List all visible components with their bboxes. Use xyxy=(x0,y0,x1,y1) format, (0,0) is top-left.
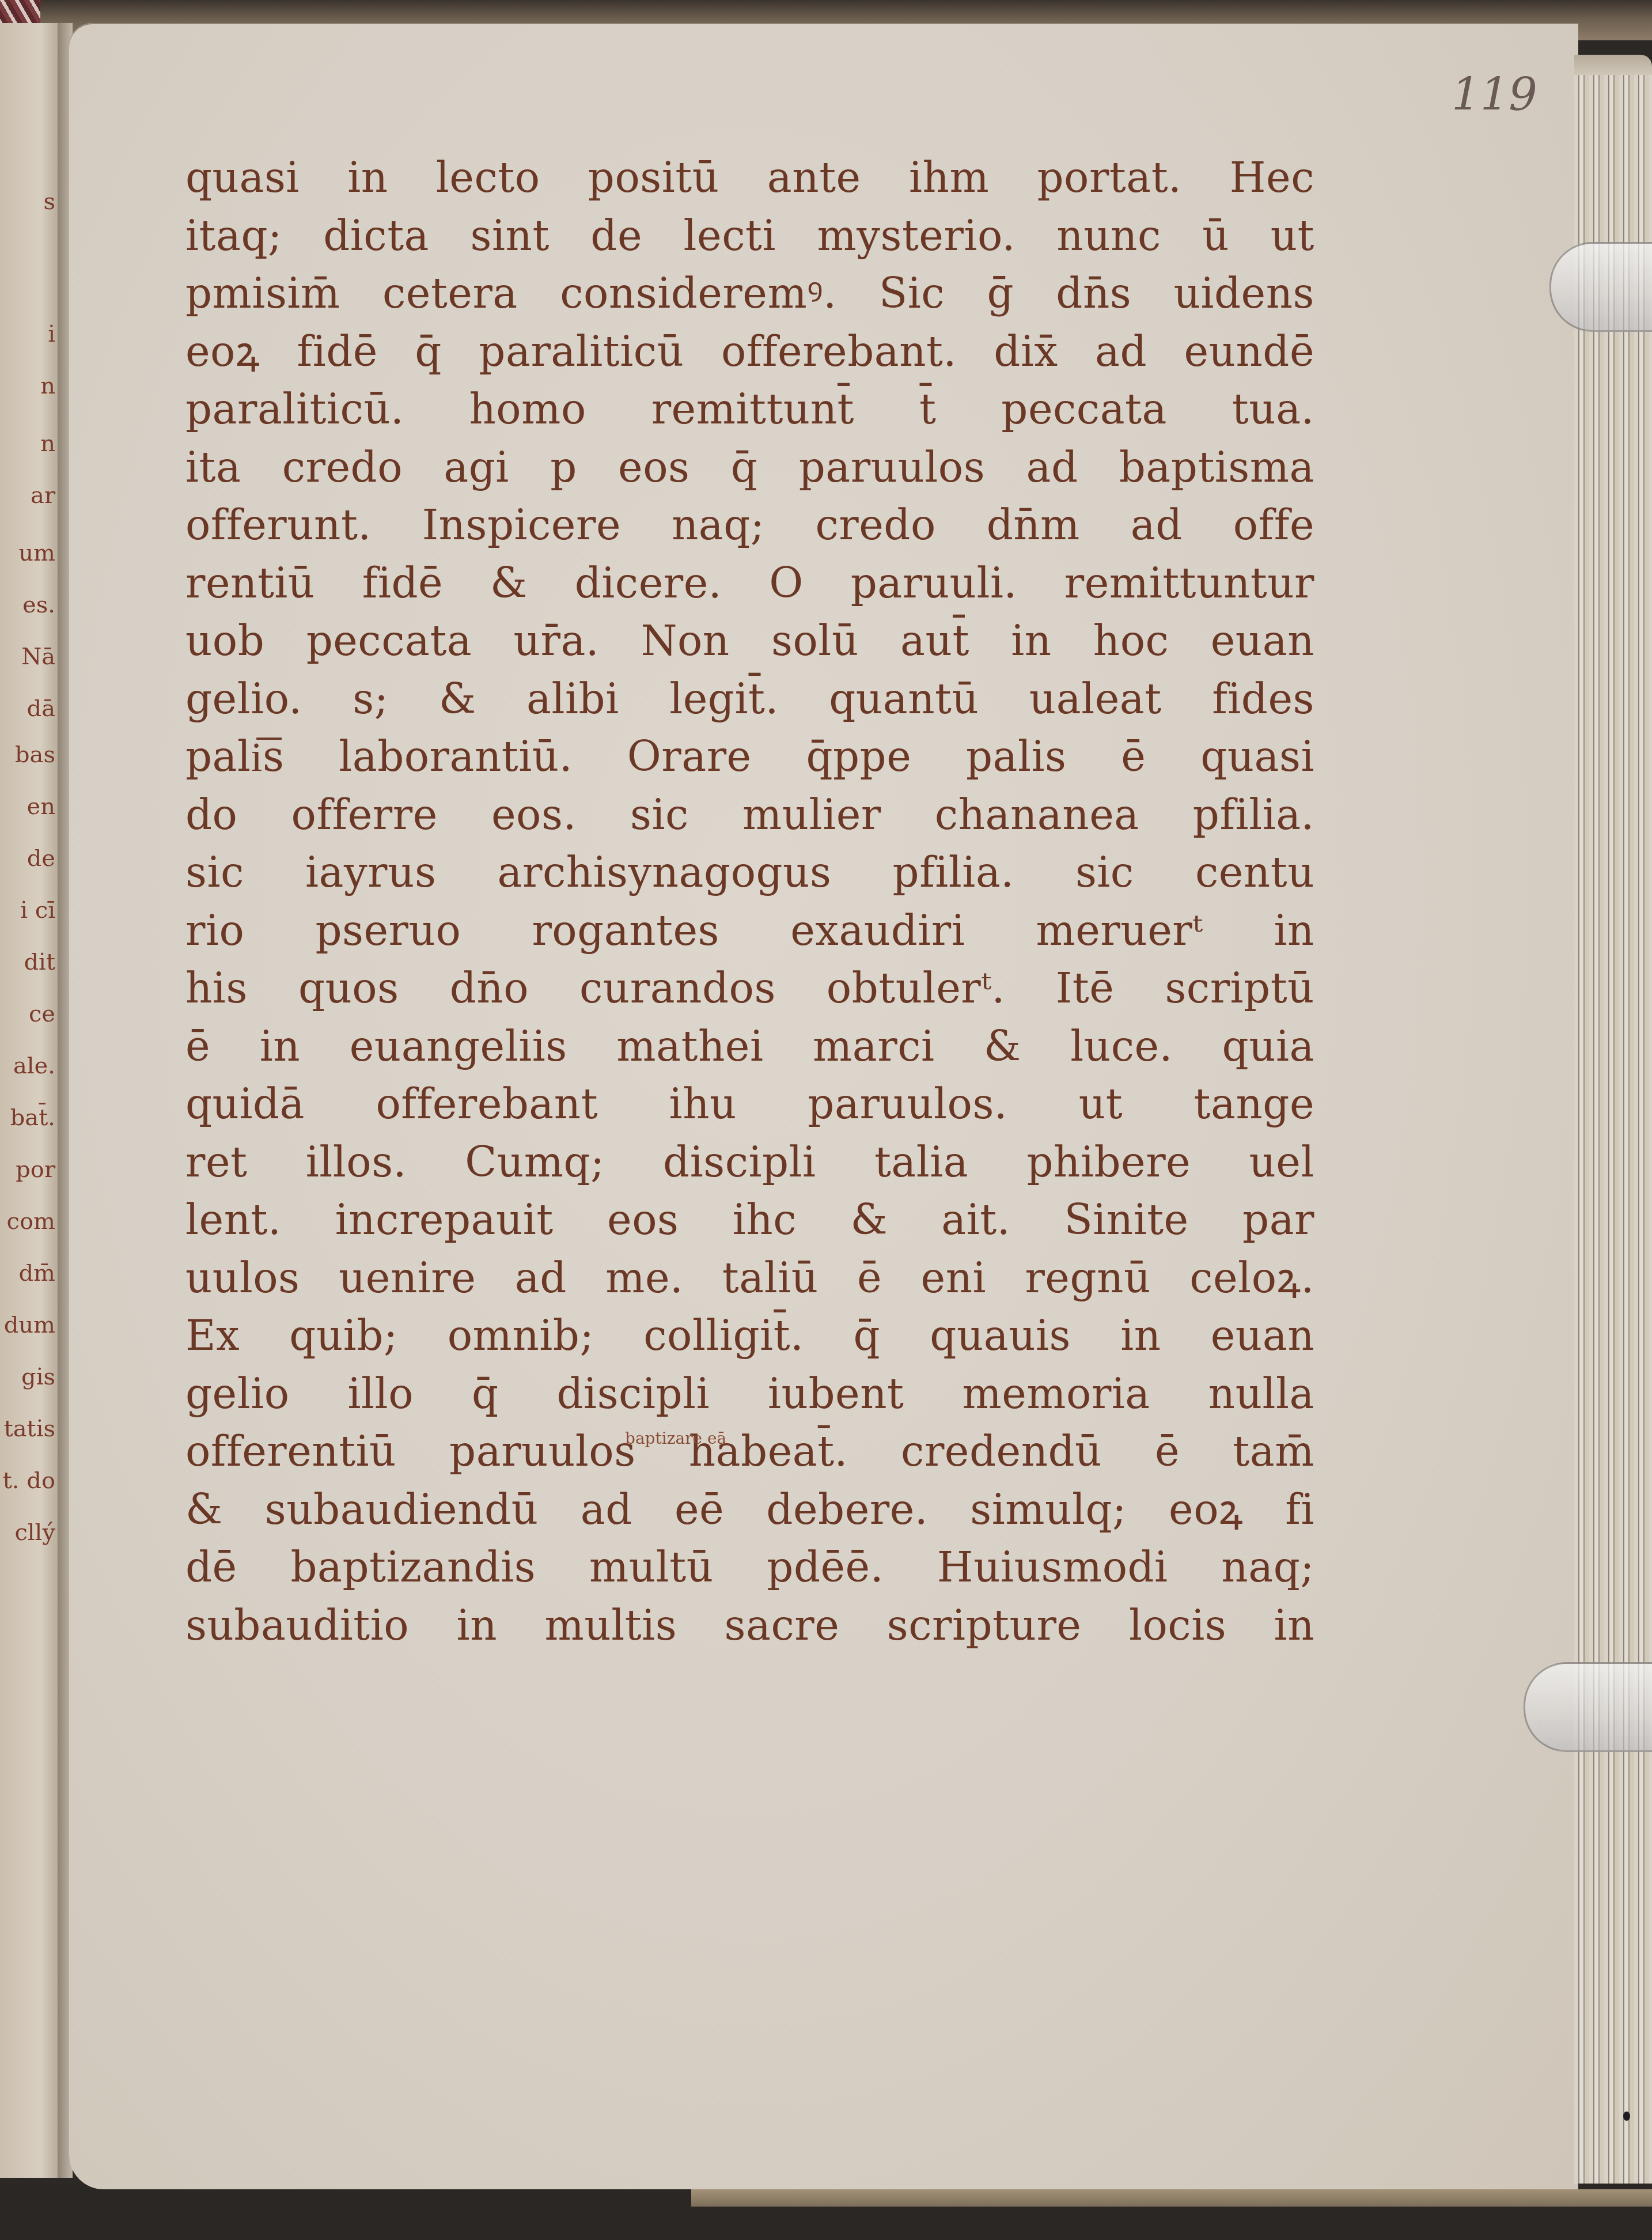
verso-fragment: i xyxy=(0,323,55,346)
verso-fragment: bas xyxy=(0,743,55,766)
text-line: rio pseruo rogantes exaudiri meruerᵗ in xyxy=(185,902,1314,960)
verso-fragment: n xyxy=(0,374,55,398)
folio-number: 119 xyxy=(1452,69,1537,121)
text-line: uob peccata ur̄a. Non solū aut̄ in hoc e… xyxy=(185,612,1314,670)
text-line: paraliticū. homo remittunt̄ t̄ peccata t… xyxy=(185,380,1314,438)
text-line: Ex quib; omnib; colligit̄. q̄ quauis in … xyxy=(185,1307,1314,1365)
text-line: subauditio in multis sacre scripture loc… xyxy=(185,1596,1314,1655)
verso-fragment: dit xyxy=(0,951,55,974)
text-line: offerunt. Inspicere naq; credo dn̄m ad o… xyxy=(185,496,1314,554)
verso-fragment: ale. xyxy=(0,1054,55,1077)
text-line: lent. increpauit eos ihc & ait. Sinite p… xyxy=(185,1191,1314,1249)
fore-edge-top xyxy=(1574,55,1652,78)
text-line: gelio illo q̄ discipli iubent memoria nu… xyxy=(185,1365,1314,1423)
text-line: eoꝝ fidē q̄ paraliticū offerebant. dix̄ … xyxy=(185,323,1314,381)
text-line: sic iayrus archisynagogus pfilia. sic ce… xyxy=(185,843,1314,902)
text-line: itaq; dicta sint de lecti mysterio. nunc… xyxy=(185,207,1314,265)
verso-fragment: com xyxy=(0,1210,55,1233)
text-line: uulos uenire ad me. taliū ē eni regnū ce… xyxy=(185,1249,1314,1307)
text-line: dē baptizandis multū pdēē. Huiusmodi naq… xyxy=(185,1538,1314,1596)
page-clip-lower xyxy=(1524,1662,1652,1752)
verso-fragment: n xyxy=(0,432,55,455)
text-line: rentiū fidē & dicere. O paruuli. remittu… xyxy=(185,554,1314,612)
verso-page-edge: s i n n ar um es. Nā dā bas en de i cī d… xyxy=(0,23,59,2178)
verso-fragment: dm̄ xyxy=(0,1262,55,1285)
main-text-block: quasi in lecto positū ante ihm portat. H… xyxy=(185,149,1314,1654)
verso-fragment: por xyxy=(0,1158,55,1181)
verso-fragment: tatis xyxy=(0,1417,55,1440)
verso-fragment: t. do xyxy=(0,1469,55,1492)
verso-fragment: en xyxy=(0,795,55,818)
verso-fragment: ar xyxy=(0,484,55,507)
verso-fragment: s xyxy=(0,190,55,213)
text-line: pali͞s laborantiū. Orare q̄ppe palis ē q… xyxy=(185,728,1314,786)
verso-fragment: um xyxy=(0,542,55,565)
support-cushion xyxy=(691,2189,1652,2207)
verso-fragment: ce xyxy=(0,1002,55,1026)
verso-fragment: dā xyxy=(0,697,55,720)
text-line: & subaudiendū ad eē debere. simulq; eoꝝ … xyxy=(185,1481,1314,1539)
text-line: ita credo agi p eos q̄ paruulos ad bapti… xyxy=(185,438,1314,497)
verso-fragment: cllý xyxy=(0,1521,55,1544)
verso-fragment: de xyxy=(0,847,55,870)
text-line: his quos dn̄o curandos obtulerᵗ. Itē scr… xyxy=(185,959,1314,1017)
text-line: offerentiū paruulos habeat̄. credendū ē … xyxy=(185,1422,1314,1481)
interlinear-gloss: baptizare eā xyxy=(625,1429,726,1448)
text-line: quidā offerebant ihu paruulos. ut tange xyxy=(185,1075,1314,1133)
edge-mark xyxy=(1623,2112,1630,2121)
manuscript-scan: s i n n ar um es. Nā dā bas en de i cī d… xyxy=(0,0,1652,2240)
page-clip-upper xyxy=(1549,242,1652,332)
verso-fragment: bat̄. xyxy=(0,1106,55,1129)
text-line: pmisim̄ cetera consideremꝰ. Sic ḡ dn̄s u… xyxy=(185,264,1314,323)
text-line: ē in euangeliis mathei marci & luce. qui… xyxy=(185,1017,1314,1076)
verso-fragment: es. xyxy=(0,593,55,616)
verso-fragment: gis xyxy=(0,1365,55,1388)
text-line: gelio. s; & alibi legit̄. quantū ualeat … xyxy=(185,670,1314,728)
text-line: quasi in lecto positū ante ihm portat. H… xyxy=(185,149,1314,207)
fore-edge-stack xyxy=(1574,75,1652,2184)
verso-fragment: dum xyxy=(0,1314,55,1337)
verso-fragment: i cī xyxy=(0,899,55,922)
text-line: ret illos. Cumq; discipli talia phibere … xyxy=(185,1133,1314,1191)
text-line: do offerre eos. sic mulier chananea pfil… xyxy=(185,786,1314,844)
verso-fragment: Nā xyxy=(0,645,55,668)
